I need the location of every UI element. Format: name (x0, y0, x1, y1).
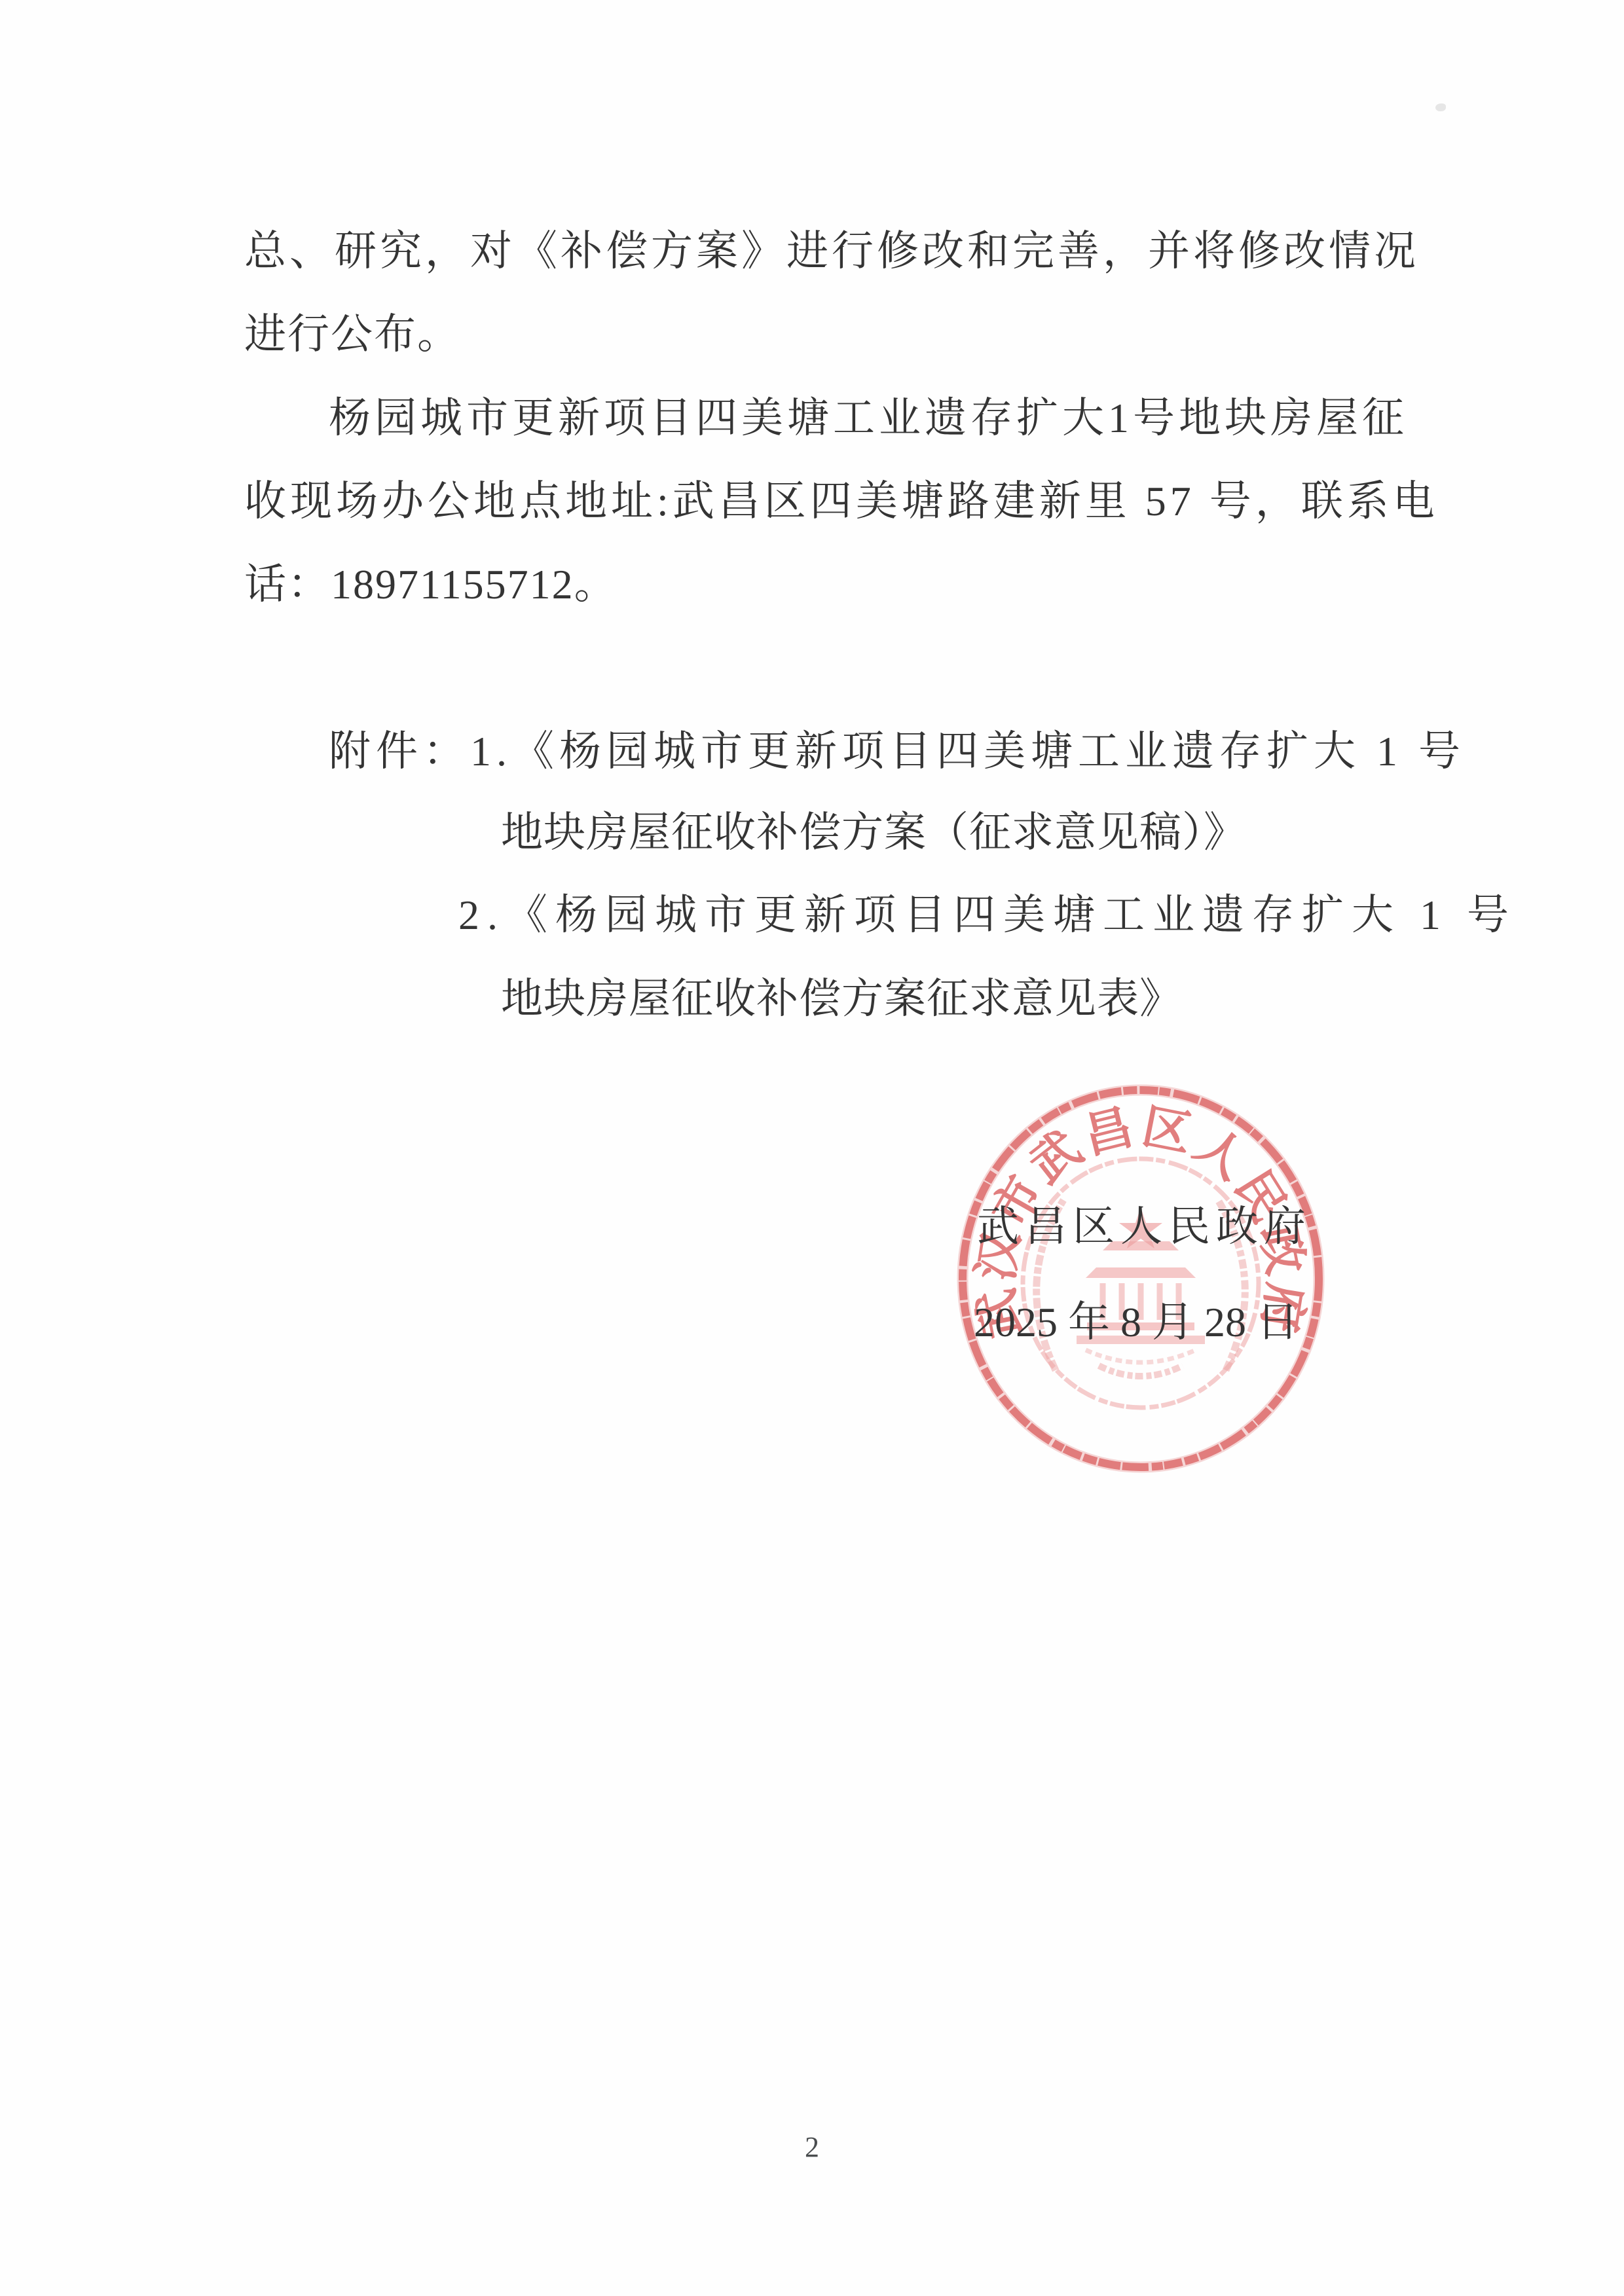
scan-artifact (1435, 103, 1446, 111)
body-line-4: 收现场办公地点地址:武昌区四美塘路建新里 57 号，联系电 (244, 481, 1439, 522)
body-line-2: 进行公布。 (244, 314, 460, 355)
document-page: 总、研究，对《补偿方案》进行修改和完善，并将修改情况 进行公布。 杨园城市更新项… (0, 0, 1624, 2296)
attachment-line-4: 地块房屋征收补偿方案征求意见表》 (501, 978, 1182, 1020)
signature-issuer: 武昌区人民政府 (977, 1206, 1312, 1248)
body-line-1: 总、研究，对《补偿方案》进行修改和完善，并将修改情况 (244, 230, 1419, 272)
attachment-line-2: 地块房屋征收补偿方案（征求意见稿）》 (501, 812, 1246, 854)
seal-graphic: 武汉市武昌区人民政府 (951, 1079, 1331, 1476)
attachment-line-1: 附件：1.《杨园城市更新项目四美塘工业遗存扩大 1 号 (329, 731, 1466, 773)
official-seal: 武汉市武昌区人民政府 (951, 1079, 1331, 1476)
body-line-5: 话：18971155712。 (244, 564, 618, 606)
body-line-3: 杨园城市更新项目四美塘工业遗存扩大1号地块房屋征 (329, 397, 1408, 439)
page-number: 2 (0, 2133, 1624, 2162)
signature-date: 2025 年 8 月 28 日 (974, 1302, 1299, 1343)
national-emblem-icon (1023, 1159, 1259, 1408)
attachment-line-3: 2.《杨园城市更新项目四美塘工业遗存扩大 1 号 (458, 894, 1517, 936)
